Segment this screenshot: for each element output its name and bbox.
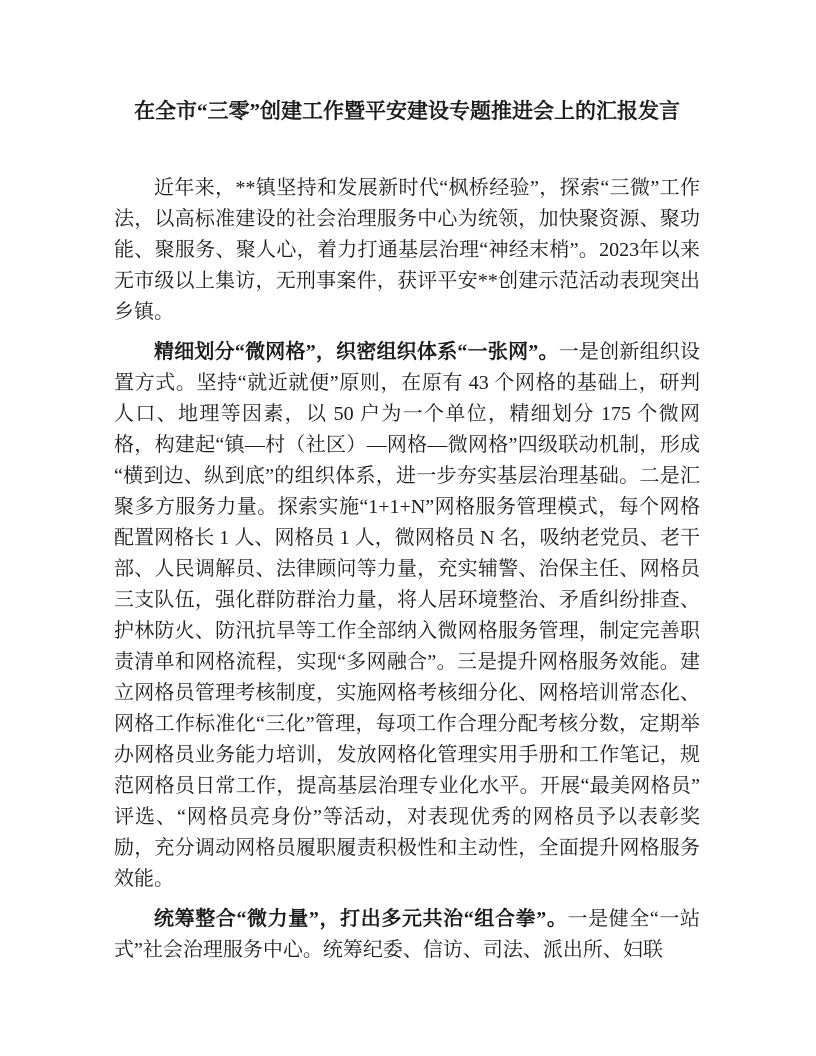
document-title: 在全市“三零”创建工作暨平安建设专题推进会上的汇报发言 — [114, 96, 700, 127]
document-page: 在全市“三零”创建工作暨平安建设专题推进会上的汇报发言 近年来，**镇坚持和发展… — [0, 0, 816, 1056]
paragraph-intro: 近年来，**镇坚持和发展新时代“枫桥经验”，探索“三微”工作法，以高标准建设的社… — [114, 173, 700, 328]
paragraph-micro-power-lead: 统筹整合“微力量”，打出多元共治“组合拳”。 — [154, 908, 567, 930]
paragraph-intro-text: 近年来，**镇坚持和发展新时代“枫桥经验”，探索“三微”工作法，以高标准建设的社… — [114, 177, 700, 323]
paragraph-micro-grid: 精细划分“微网格”，织密组织体系“一张网”。一是创新组织设置方式。坚持“就近就便… — [114, 337, 700, 895]
paragraph-micro-power: 统筹整合“微力量”，打出多元共治“组合拳”。一是健全“一站式”社会治理服务中心。… — [114, 904, 700, 966]
paragraph-micro-grid-body: 一是创新组织设置方式。坚持“就近就便”原则，在原有 43 个网格的基础上，研判人… — [114, 341, 700, 890]
paragraph-micro-grid-lead: 精细划分“微网格”，织密组织体系“一张网”。 — [154, 341, 559, 363]
